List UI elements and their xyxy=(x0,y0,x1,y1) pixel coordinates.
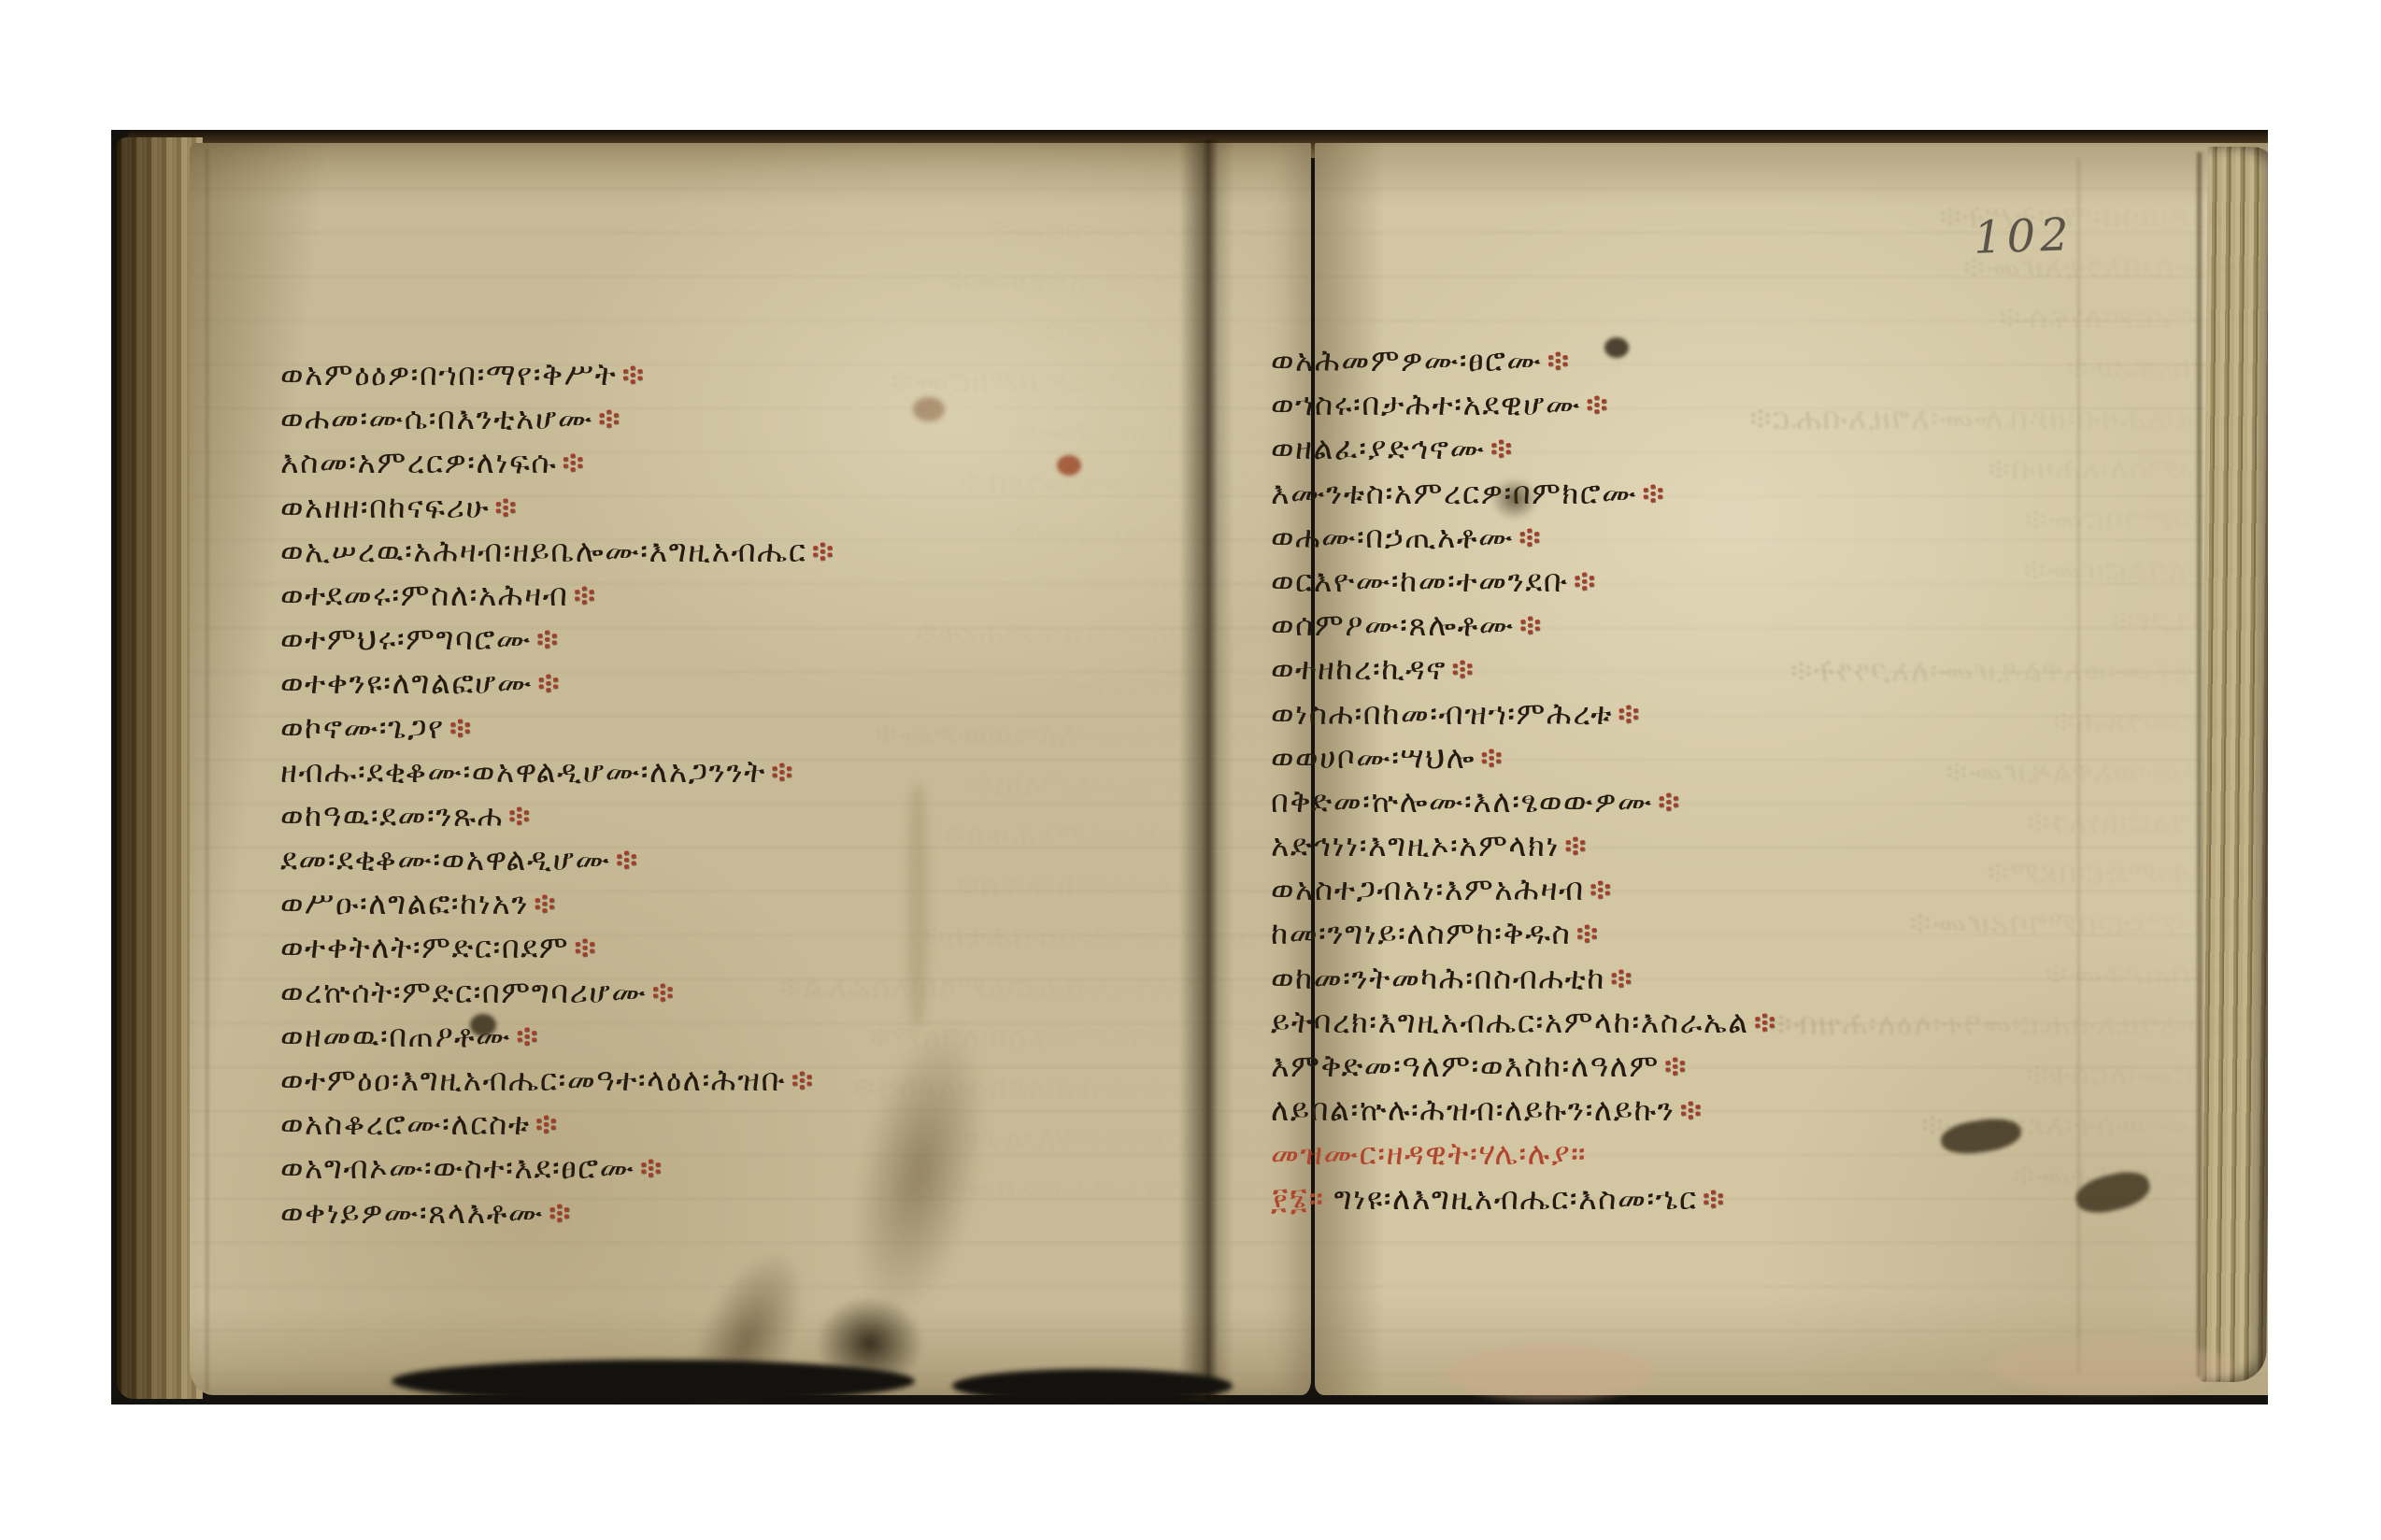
verse-text: ግነዩ፡ለእግዚአብሔር፡እስመ፡ኄር xyxy=(1334,1180,1698,1217)
verse-end-mark: ፨ xyxy=(1610,960,1633,996)
verse-text: ወሐሙ፡በኃጢአቶሙ xyxy=(1271,519,1514,555)
verse-end-mark: ፨ xyxy=(640,1149,663,1186)
verse-text: ወርእዮሙ፡ከመ፡ተመንደቡ xyxy=(1271,563,1569,599)
verse-text: በቅድመ፡ኵሎሙ፡እለ፡ፄወውዎሙ xyxy=(1271,783,1653,820)
manuscript-line: ወኀስሩ፡በታሕተ፡አደዊሆሙ፨ xyxy=(1271,382,2224,426)
verse-text: ወከመ፡ንትመካሕ፡በስብሐቲከ xyxy=(1271,960,1605,996)
manuscript-line: ወወሀቦሙ፡ሣህሎ፨ xyxy=(1271,735,2224,779)
manuscript-line: ወኢሠረዉ፡አሕዛብ፡ዘይቤሎሙ፡እግዚአብሔር፨ xyxy=(280,529,1159,573)
manuscript-line: ወአዘዘ፡በከናፍሪሁ፨ xyxy=(280,485,1159,529)
verse-end-mark: ፨ xyxy=(1754,1004,1777,1040)
verse-end-mark: ፨ xyxy=(449,709,473,746)
manuscript-line: ወሐመ፡ሙሴ፡በእንቲአሆሙ፨ xyxy=(280,396,1159,440)
manuscript-line: ይትባረክ፡እግዚአብሔር፡አምላከ፡እስራኤል፨ xyxy=(1271,1000,2224,1044)
manuscript-line: ወኮኖሙ፡ጌጋየ፨ xyxy=(280,706,1159,749)
verse-end-mark: ፨ xyxy=(1519,606,1543,643)
verse-text: መዝሙር፡ዘዳዊት፡ሃሌ፡ሉያ። xyxy=(1271,1135,1587,1172)
verse-end-mark: ፨ xyxy=(1490,430,1514,466)
manuscript-line: ወተዘከረ፡ኪዳኖ፨ xyxy=(1271,647,2224,691)
verse-end-mark: ፨ xyxy=(1451,650,1475,687)
verse-text: እስመ፡አምረርዎ፡ለነፍሱ xyxy=(280,444,557,480)
manuscript-line: ፻፮።ግነዩ፡ለእግዚአብሔር፡እስመ፡ኄር፨ xyxy=(1271,1176,2224,1220)
verse-text: ወአምዕዕዎ፡በኀበ፡ማየ፡ቅሥት xyxy=(280,356,617,392)
verse-text: ወሐመ፡ሙሴ፡በእንቲአሆሙ xyxy=(280,400,593,436)
verse-end-mark: ፨ xyxy=(1574,563,1597,599)
verse-end-mark: ፨ xyxy=(508,797,532,834)
verse-end-mark: ፨ xyxy=(536,620,560,657)
manuscript-line: ወቀነይዎሙ፡ጸላእቶሙ፨ xyxy=(280,1191,1159,1234)
verse-text: ወቀነይዎሙ፡ጸላእቶሙ xyxy=(280,1194,544,1231)
verse-end-mark: ፨ xyxy=(1703,1180,1726,1217)
bleedthrough-line: ወአምዕዕዎ፡በኀበ፡ማየ፡ቅሥት፨ xyxy=(1354,192,2268,242)
bleedthrough-line: ወኀስሩ፡በታሕተ፡አደዊሆሙ፨ xyxy=(307,255,1279,306)
verse-end-mark: ፨ xyxy=(791,1062,814,1098)
verse-end-mark: ፨ xyxy=(1679,1091,1703,1128)
verse-end-mark: ፨ xyxy=(771,753,794,790)
bleedthrough-line: ወአሕመምዎሙ፡ፀሮሙ፨ xyxy=(307,205,1279,255)
manuscript-line: ወአስተጋብአነ፡እምአሕዛብ፨ xyxy=(1271,867,2224,911)
verse-text: ወሥዑ፡ለግልፎ፡ከነአን xyxy=(280,885,529,921)
verse-text: ወአግብኦሙ፡ውስተ፡እደ፡ፀሮሙ xyxy=(280,1149,635,1186)
manuscript-line: ወረኵሰት፡ምድር፡በምግባሪሆሙ፨ xyxy=(280,970,1159,1014)
verse-text: ወተምህሩ፡ምግባሮሙ xyxy=(280,620,532,657)
verse-text: ይትባረክ፡እግዚአብሔር፡አምላከ፡እስራኤል xyxy=(1271,1004,1749,1040)
folio-number: 102 xyxy=(1973,208,2074,264)
manuscript-line: ወከመ፡ንትመካሕ፡በስብሐቲከ፨ xyxy=(1271,956,2224,1000)
verse-end-mark: ፨ xyxy=(1564,827,1588,863)
verse-end-mark: ፨ xyxy=(1547,342,1570,378)
right-page-text: ወአሕመምዎሙ፡ፀሮሙ፨ወኀስሩ፡በታሕተ፡አደዊሆሙ፨ወዘልፈ፡ያድኅኖሙ፨እ… xyxy=(1271,338,2224,1220)
verse-text: ወአዘዘ፡በከናፍሪሁ xyxy=(280,489,490,525)
verse-end-mark: ፨ xyxy=(616,841,639,877)
verse-text: ወተደመሩ፡ምስለ፡አሕዛብ xyxy=(280,577,568,613)
manuscript-line: ወተምህሩ፡ምግባሮሙ፨ xyxy=(280,617,1159,661)
verse-text: ወኀስሩ፡በታሕተ፡አደዊሆሙ xyxy=(1271,386,1581,422)
verse-end-mark: ፨ xyxy=(516,1018,539,1054)
verse-text: ወሰምዖሙ፡ጸሎቶሙ xyxy=(1271,606,1515,643)
manuscript-line: ወተምዕዐ፡እግዚአብሔር፡መዓተ፡ላዕለ፡ሕዝቡ፨ xyxy=(280,1058,1159,1102)
left-page-crease xyxy=(206,149,208,1391)
verse-end-mark: ፨ xyxy=(1664,1048,1688,1084)
manuscript-line: ወአሕመምዎሙ፡ፀሮሙ፨ xyxy=(1271,338,2224,382)
manuscript-line: ወሰምዖሙ፡ጸሎቶሙ፨ xyxy=(1271,603,2224,647)
manuscript-line: በቅድመ፡ኵሎሙ፡እለ፡ፄወውዎሙ፨ xyxy=(1271,779,2224,823)
psalm-number: ፻፮። xyxy=(1271,1180,1325,1217)
verse-end-mark: ፨ xyxy=(573,577,596,613)
manuscript-line: ወተቀትለት፡ምድር፡በደም፨ xyxy=(280,925,1159,969)
verse-end-mark: ፨ xyxy=(651,974,675,1010)
verse-end-mark: ፨ xyxy=(598,400,621,436)
manuscript-line: እምቅድመ፡ዓለም፡ወእስከ፡ለዓለም፨ xyxy=(1271,1044,2224,1088)
verse-text: ወከዓዉ፡ደመ፡ንጹሐ xyxy=(280,797,504,834)
verse-text: እምቅድመ፡ዓለም፡ወእስከ፡ለዓለም xyxy=(1271,1048,1660,1084)
manuscript-line: ወዘመዉ፡በጠዖቶሙ፨ xyxy=(280,1014,1159,1058)
manuscript-line: ወዘልፈ፡ያድኅኖሙ፨ xyxy=(1271,426,2224,470)
verse-end-mark: ፨ xyxy=(574,929,597,965)
manuscript-line: ደመ፡ደቂቆሙ፡ወአዋልዲሆሙ፨ xyxy=(280,837,1159,881)
verse-text: ወኮኖሙ፡ጌጋየ xyxy=(280,709,445,746)
verse-end-mark: ፨ xyxy=(562,444,585,480)
verse-end-mark: ፨ xyxy=(1618,695,1641,732)
manuscript-line: ከመ፡ንግነይ፡ለስምከ፡ቅዱስ፨ xyxy=(1271,911,2224,955)
verse-text: አድኅነነ፡እግዚኦ፡አምላክነ xyxy=(1271,827,1560,863)
manuscript-line: ወአግብኦሙ፡ውስተ፡እደ፡ፀሮሙ፨ xyxy=(280,1146,1159,1190)
manuscript-line: ወሥዑ፡ለግልፎ፡ከነአን፨ xyxy=(280,881,1159,925)
bleedthrough-line: ወዘልፈ፡ያድኅኖሙ፨ xyxy=(307,306,1279,356)
verse-text: ወተምዕዐ፡እግዚአብሔር፡መዓተ፡ላዕለ፡ሕዝቡ xyxy=(280,1062,786,1098)
verse-end-mark: ፨ xyxy=(549,1194,572,1231)
verse-end-mark: ፨ xyxy=(1642,475,1665,511)
manuscript-line: ለይበል፡ኵሉ፡ሕዝብ፡ለይኩን፡ለይኩን፨ xyxy=(1271,1088,2224,1132)
manuscript-line: ወከዓዉ፡ደመ፡ንጹሐ፨ xyxy=(280,793,1159,837)
verse-end-mark: ፨ xyxy=(535,1105,559,1142)
verse-text: ወወሀቦሙ፡ሣህሎ xyxy=(1271,739,1476,776)
verse-text: ወረኵሰት፡ምድር፡በምግባሪሆሙ xyxy=(280,974,647,1010)
manuscript-line: አድኅነነ፡እግዚኦ፡አምላክነ፨ xyxy=(1271,823,2224,867)
verse-end-mark: ፨ xyxy=(621,356,645,392)
verse-text: ወተቀንዩ፡ለግልፎሆሙ xyxy=(280,664,533,701)
verse-end-mark: ፨ xyxy=(812,533,835,569)
verse-text: ወአሕመምዎሙ፡ፀሮሙ xyxy=(1271,342,1542,378)
manuscript-line: ወርእዮሙ፡ከመ፡ተመንደቡ፨ xyxy=(1271,559,2224,603)
bleedthrough-line: ወሐመ፡ሙሴ፡በእንቲአሆሙ፨ xyxy=(1354,242,2268,292)
manuscript-line: እሙንቱስ፡አምረርዎ፡በምክሮሙ፨ xyxy=(1271,471,2224,515)
manuscript-line: ወተደመሩ፡ምስለ፡አሕዛብ፨ xyxy=(280,573,1159,617)
verse-text: እሙንቱስ፡አምረርዎ፡በምክሮሙ xyxy=(1271,475,1637,511)
rubric-line: መዝሙር፡ዘዳዊት፡ሃሌ፡ሉያ። xyxy=(1271,1132,2224,1176)
photo-background: ወአምዕዕዎ፡በኀበ፡ማየ፡ቅሥት፨ወሐመ፡ሙሴ፡በእንቲአሆሙ፨እስመ፡አምረ… xyxy=(111,130,2268,1405)
verse-text: ወተዘከረ፡ኪዳኖ xyxy=(1271,650,1447,687)
verse-text: ከመ፡ንግነይ፡ለስምከ፡ቅዱስ xyxy=(1271,915,1571,951)
manuscript-line: ወአስቆረሮሙ፡ለርስቱ፨ xyxy=(280,1102,1159,1146)
verse-text: ወአስቆረሮሙ፡ለርስቱ xyxy=(280,1105,531,1142)
verse-text: ደመ፡ደቂቆሙ፡ወአዋልዲሆሙ xyxy=(280,841,611,877)
verse-text: ዘብሑ፡ደቂቆሙ፡ወአዋልዲሆሙ፡ለአጋንንት xyxy=(280,753,766,790)
verse-text: ወተቀትለት፡ምድር፡በደም xyxy=(280,929,569,965)
verse-end-mark: ፨ xyxy=(534,885,557,921)
verse-text: ወኢሠረዉ፡አሕዛብ፡ዘይቤሎሙ፡እግዚአብሔር xyxy=(280,533,807,569)
verse-end-mark: ፨ xyxy=(1586,386,1609,422)
left-page-text: ወአምዕዕዎ፡በኀበ፡ማየ፡ቅሥት፨ወሐመ፡ሙሴ፡በእንቲአሆሙ፨እስመ፡አምረ… xyxy=(280,352,1159,1234)
verse-end-mark: ፨ xyxy=(537,664,561,701)
verse-text: ወዘልፈ፡ያድኅኖሙ xyxy=(1271,430,1486,466)
verse-text: ወዘመዉ፡በጠዖቶሙ xyxy=(280,1018,511,1054)
verse-end-mark: ፨ xyxy=(494,489,518,525)
verse-end-mark: ፨ xyxy=(1480,739,1504,776)
manuscript-line: ዘብሑ፡ደቂቆሙ፡ወአዋልዲሆሙ፡ለአጋንንት፨ xyxy=(280,749,1159,793)
verse-end-mark: ፨ xyxy=(1590,871,1613,907)
manuscript-line: ወተቀንዩ፡ለግልፎሆሙ፨ xyxy=(280,661,1159,705)
verse-end-mark: ፨ xyxy=(1518,519,1542,555)
verse-text: ወአስተጋብአነ፡እምአሕዛብ xyxy=(1271,871,1585,907)
bleedthrough-line: እስመ፡አምረርዎ፡ለነፍሱ፨ xyxy=(1354,292,2268,343)
manuscript-line: ወአምዕዕዎ፡በኀበ፡ማየ፡ቅሥት፨ xyxy=(280,352,1159,396)
verse-end-mark: ፨ xyxy=(1575,915,1599,951)
verse-text: ወነስሐ፡በከመ፡ብዝኀ፡ምሕረቱ xyxy=(1271,695,1613,732)
manuscript-line: እስመ፡አምረርዎ፡ለነፍሱ፨ xyxy=(280,440,1159,484)
verse-text: ለይበል፡ኵሉ፡ሕዝብ፡ለይኩን፡ለይኩን xyxy=(1271,1091,1675,1128)
manuscript-scan: ወአምዕዕዎ፡በኀበ፡ማየ፡ቅሥት፨ወሐመ፡ሙሴ፡በእንቲአሆሙ፨እስመ፡አምረ… xyxy=(0,0,2381,1540)
verse-end-mark: ፨ xyxy=(1658,783,1681,820)
manuscript-line: ወሐሙ፡በኃጢአቶሙ፨ xyxy=(1271,515,2224,559)
manuscript-line: ወነስሐ፡በከመ፡ብዝኀ፡ምሕረቱ፨ xyxy=(1271,692,2224,735)
